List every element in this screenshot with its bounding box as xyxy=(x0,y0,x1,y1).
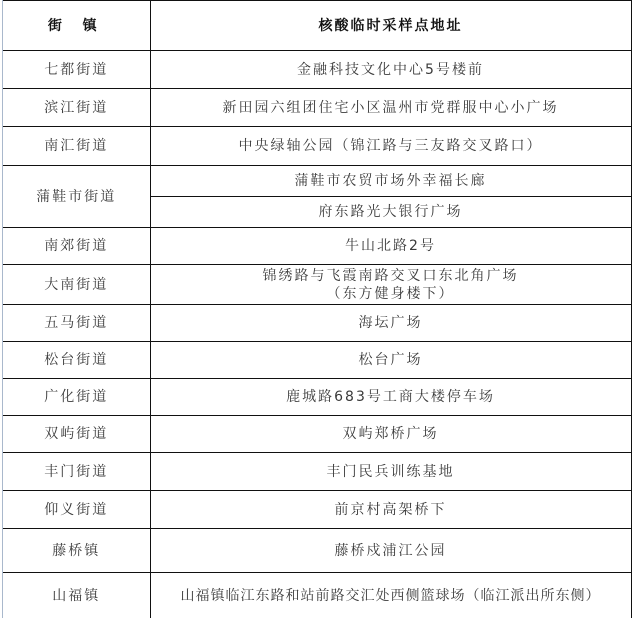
sampling-sites-table: 街 镇 核酸临时采样点地址 七都街道 金融科技文化中心5号楼前 滨江街道 新田园… xyxy=(3,0,632,618)
address-cell: 牛山北路2号 xyxy=(150,228,631,265)
table-row: 双屿街道 双屿郑桥广场 xyxy=(3,416,631,453)
address-cell: 海坛广场 xyxy=(150,305,631,342)
town-cell: 山福镇 xyxy=(3,573,150,618)
address-cell: 前京村高架桥下 xyxy=(150,491,631,529)
town-cell: 蒲鞋市街道 xyxy=(3,166,150,228)
table-row: 藤桥镇 藤桥戍浦江公园 xyxy=(3,529,631,573)
town-cell: 松台街道 xyxy=(3,342,150,379)
table-row: 南汇街道 中央绿轴公园（锦江路与三友路交叉路口） xyxy=(3,127,631,166)
table-row: 丰门街道 丰门民兵训练基地 xyxy=(3,453,631,491)
table-row: 南郊街道 牛山北路2号 xyxy=(3,228,631,265)
table-header-row: 街 镇 核酸临时采样点地址 xyxy=(3,1,631,51)
header-town: 街 镇 xyxy=(3,1,150,51)
address-cell: 山福镇临江东路和站前路交汇处西侧篮球场（临江派出所东侧） xyxy=(150,573,631,618)
address-line: 锦绣路与飞霞南路交叉口东北角广场 xyxy=(151,267,631,285)
address-cell: 府东路光大银行广场 xyxy=(150,197,631,228)
town-cell: 仰义街道 xyxy=(3,491,150,529)
table-row: 蒲鞋市街道 蒲鞋市农贸市场外幸福长廊 xyxy=(3,166,631,197)
address-cell: 鹿城路683号工商大楼停车场 xyxy=(150,379,631,416)
town-cell: 双屿街道 xyxy=(3,416,150,453)
address-cell: 蒲鞋市农贸市场外幸福长廊 xyxy=(150,166,631,197)
header-address: 核酸临时采样点地址 xyxy=(150,1,631,51)
address-cell: 双屿郑桥广场 xyxy=(150,416,631,453)
table-row: 山福镇 山福镇临江东路和站前路交汇处西侧篮球场（临江派出所东侧） xyxy=(3,573,631,618)
address-cell: 金融科技文化中心5号楼前 xyxy=(150,51,631,89)
address-line: （东方健身楼下） xyxy=(151,285,631,303)
table-row: 广化街道 鹿城路683号工商大楼停车场 xyxy=(3,379,631,416)
town-cell: 五马街道 xyxy=(3,305,150,342)
address-cell: 丰门民兵训练基地 xyxy=(150,453,631,491)
address-cell: 中央绿轴公园（锦江路与三友路交叉路口） xyxy=(150,127,631,166)
town-cell: 大南街道 xyxy=(3,265,150,305)
table-row: 大南街道 锦绣路与飞霞南路交叉口东北角广场 （东方健身楼下） xyxy=(3,265,631,305)
address-cell: 藤桥戍浦江公园 xyxy=(150,529,631,573)
address-cell: 新田园六组团住宅小区温州市党群服中心小广场 xyxy=(150,89,631,127)
town-cell: 南郊街道 xyxy=(3,228,150,265)
address-cell: 锦绣路与飞霞南路交叉口东北角广场 （东方健身楼下） xyxy=(150,265,631,305)
table-row: 七都街道 金融科技文化中心5号楼前 xyxy=(3,51,631,89)
town-cell: 七都街道 xyxy=(3,51,150,89)
town-cell: 丰门街道 xyxy=(3,453,150,491)
town-cell: 南汇街道 xyxy=(3,127,150,166)
address-cell: 松台广场 xyxy=(150,342,631,379)
town-cell: 滨江街道 xyxy=(3,89,150,127)
town-cell: 广化街道 xyxy=(3,379,150,416)
town-cell: 藤桥镇 xyxy=(3,529,150,573)
table-row: 松台街道 松台广场 xyxy=(3,342,631,379)
table-row: 仰义街道 前京村高架桥下 xyxy=(3,491,631,529)
table-row: 滨江街道 新田园六组团住宅小区温州市党群服中心小广场 xyxy=(3,89,631,127)
table-row: 五马街道 海坛广场 xyxy=(3,305,631,342)
